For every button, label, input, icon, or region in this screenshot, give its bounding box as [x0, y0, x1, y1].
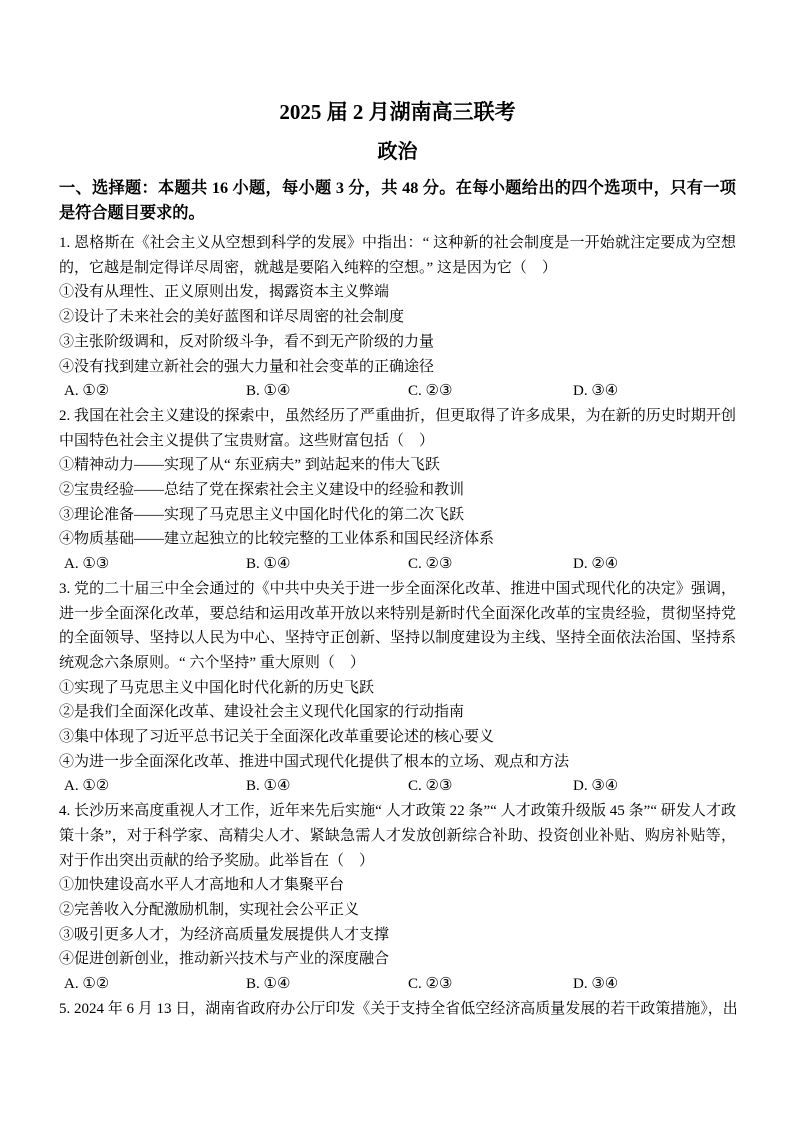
option-a: A. ①②: [64, 972, 246, 997]
question-1-item-1: ①没有从理性、正义原则出发，揭露资本主义弊端: [59, 280, 736, 305]
question-4-item-3: ③吸引更多人才，为经济高质量发展提供人才支撑: [59, 923, 736, 948]
subject-title: 政治: [59, 140, 736, 164]
question-3-stem: 3. 党的二十届三中全会通过的《中共中央关于进一步全面深化改革、推进中国式现代化…: [59, 577, 736, 676]
question-1-item-2: ②设计了未来社会的美好蓝图和详尽周密的社会制度: [59, 305, 736, 330]
option-b: B. ①④: [246, 379, 408, 404]
question-5-stem: 5. 2024 年 6 月 13 日，湖南省政府办公厅印发《关于支持全省低空经济…: [59, 997, 736, 1022]
question-4-item-4: ④促进创新创业，推动新兴技术与产业的深度融合: [59, 947, 736, 972]
question-2-stem: 2. 我国在社会主义建设的探索中，虽然经历了严重曲折，但更取得了许多成果，为在新…: [59, 404, 736, 453]
question-1-item-4: ④没有找到建立新社会的强大力量和社会变革的正确途径: [59, 355, 736, 380]
stray-mark: .: [166, 1002, 169, 1015]
question-2-item-3: ③理论准备——实现了马克思主义中国化时代化的第二次飞跃: [59, 503, 736, 528]
question-4-options: A. ①② B. ①④ C. ②③ D. ③④: [59, 972, 736, 997]
option-c: C. ②③: [408, 379, 573, 404]
option-a: A. ①②: [64, 379, 246, 404]
question-3-item-4: ④为进一步全面深化改革、推进中国式现代化提供了根本的立场、观点和方法: [59, 750, 736, 775]
question-4-item-2: ②完善收入分配激励机制，实现社会公平正义: [59, 898, 736, 923]
question-2-item-4: ④物质基础——建立起独立的比较完整的工业体系和国民经济体系: [59, 527, 736, 552]
exam-page: 2025 届 2 月湖南高三联考 政治 一、选择题：本题共 16 小题，每小题 …: [0, 0, 794, 1123]
question-2-item-1: ①精神动力——实现了从“ 东亚病夫” 到站起来的伟大飞跃: [59, 453, 736, 478]
option-c: C. ②③: [408, 774, 573, 799]
option-b: B. ①④: [246, 774, 408, 799]
option-c: C. ②③: [408, 552, 573, 577]
option-d: D. ③④: [573, 774, 736, 799]
option-a: A. ①②: [64, 774, 246, 799]
option-d: D. ③④: [573, 972, 736, 997]
page-content: 2025 届 2 月湖南高三联考 政治 一、选择题：本题共 16 小题，每小题 …: [59, 100, 736, 1022]
question-2-options: A. ①③ B. ①④ C. ②③ D. ②④: [59, 552, 736, 577]
question-3: 3. 党的二十届三中全会通过的《中共中央关于进一步全面深化改革、推进中国式现代化…: [59, 577, 736, 799]
question-1-stem: 1. 恩格斯在《社会主义从空想到科学的发展》中指出：“ 这种新的社会制度是一开始…: [59, 231, 736, 280]
question-2: 2. 我国在社会主义建设的探索中，虽然经历了严重曲折，但更取得了许多成果，为在新…: [59, 404, 736, 577]
question-4-stem: 4. 长沙历来高度重视人才工作，近年来先后实施“ 人才政策 22 条”“ 人才政…: [59, 799, 736, 873]
question-1: 1. 恩格斯在《社会主义从空想到科学的发展》中指出：“ 这种新的社会制度是一开始…: [59, 231, 736, 404]
option-b: B. ①④: [246, 972, 408, 997]
page-title: 2025 届 2 月湖南高三联考: [59, 100, 736, 124]
question-4-item-1: ①加快建设高水平人才高地和人才集聚平台: [59, 873, 736, 898]
option-d: D. ②④: [573, 552, 736, 577]
option-a: A. ①③: [64, 552, 246, 577]
option-c: C. ②③: [408, 972, 573, 997]
question-5: 5. 2024 年 6 月 13 日，湖南省政府办公厅印发《关于支持全省低空经济…: [59, 997, 736, 1022]
question-4: 4. 长沙历来高度重视人才工作，近年来先后实施“ 人才政策 22 条”“ 人才政…: [59, 799, 736, 997]
question-1-item-3: ③主张阶级调和，反对阶级斗争，看不到无产阶级的力量: [59, 330, 736, 355]
section-heading: 一、选择题：本题共 16 小题，每小题 3 分，共 48 分。在每小题给出的四个…: [59, 176, 736, 226]
option-b: B. ①④: [246, 552, 408, 577]
option-d: D. ③④: [573, 379, 736, 404]
question-2-item-2: ②宝贵经验——总结了党在探索社会主义建设中的经验和教训: [59, 478, 736, 503]
question-3-item-2: ②是我们全面深化改革、建设社会主义现代化国家的行动指南: [59, 700, 736, 725]
question-3-item-3: ③集中体现了习近平总书记关于全面深化改革重要论述的核心要义: [59, 725, 736, 750]
question-1-options: A. ①② B. ①④ C. ②③ D. ③④: [59, 379, 736, 404]
question-3-item-1: ①实现了马克思主义中国化时代化新的历史飞跃: [59, 676, 736, 701]
question-3-options: A. ①② B. ①④ C. ②③ D. ③④: [59, 774, 736, 799]
